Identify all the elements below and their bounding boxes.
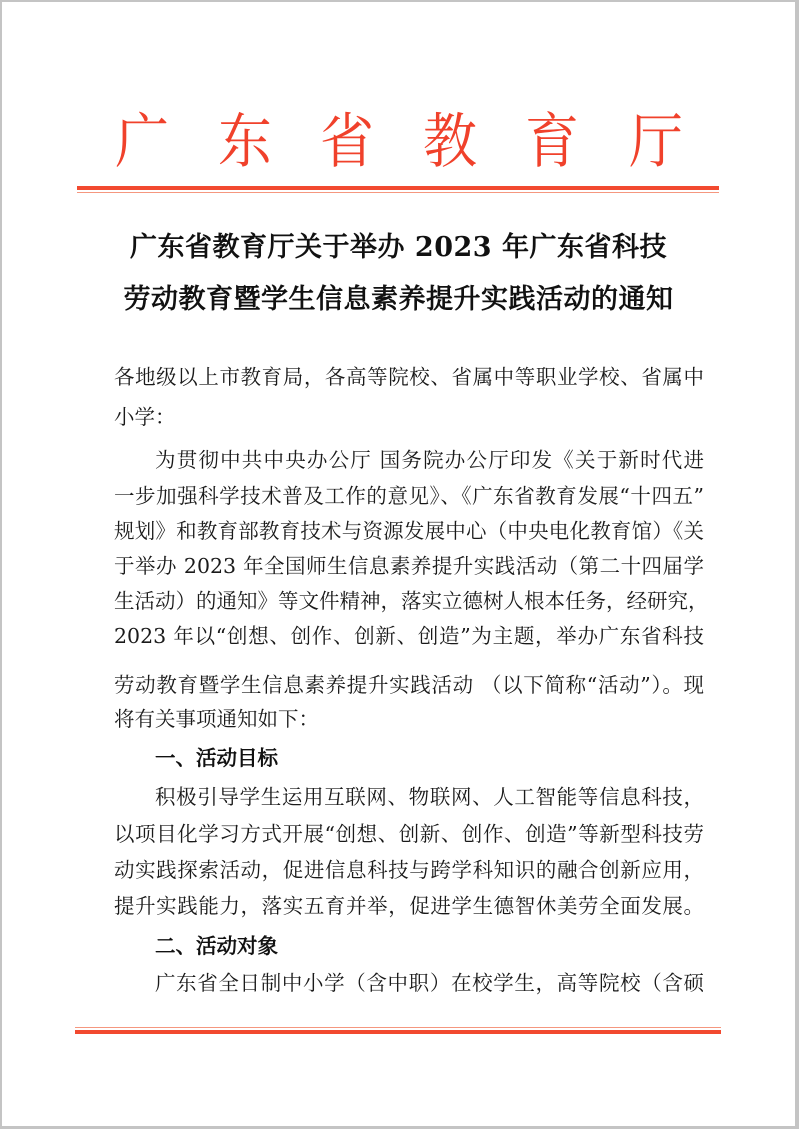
section1-line: 动实践探索活动，促进信息科技与跨学科知识的融合创新应用， [114,855,704,885]
masthead-char: 教 [420,107,480,177]
document-page: 广 东 省 教 育 厅 广东省教育厅关于举办 2023 年广东省科技 劳动教育暨… [2,2,795,1126]
intro-line: 将有关事项通知如下： [114,704,704,734]
masthead-rule-thick [77,186,719,190]
intro-line: 规划》和教育部教育技术与资源发展中心（中央电化教育馆）《关 [114,516,704,546]
masthead-char: 省 [317,107,377,177]
intro-line: 为贯彻中共中央办公厅 国务院办公厅印发《关于新时代进 [155,445,704,475]
addressee-line-1: 各地级以上市教育局，各高等院校、省属中等职业学校、省属中 [114,362,704,392]
intro-line: 劳动教育暨学生信息素养提升实践活动 （以下简称“活动”）。现 [114,670,704,700]
footer-rule-thin [75,1027,721,1028]
masthead-char: 育 [522,107,582,177]
addressee-line-2: 小学： [114,402,704,432]
document-title-line-1: 广东省教育厅关于举办 2023 年广东省科技 [2,230,795,266]
section1-line: 提升实践能力，落实五育并举，促进学生德智休美劳全面发展。 [114,891,704,921]
section-heading-goals: 一、活动目标 [155,743,278,773]
footer-rule-thick [75,1030,721,1034]
section1-line: 积极引导学生运用互联网、物联网、人工智能等信息科技， [155,782,704,812]
masthead-char: 广 [112,107,172,177]
masthead-char: 厅 [626,107,686,177]
intro-line: 2023 年以“创想、创作、创新、创造”为主题，举办广东省科技 [114,621,704,651]
section-heading-participants: 二、活动对象 [155,931,278,961]
document-title-line-2: 劳动教育暨学生信息素养提升实践活动的通知 [2,282,795,318]
intro-line: 生活动）的通知》等文件精神，落实立德树人根本任务，经研究， [114,586,704,616]
intro-line: 于举办 2023 年全国师生信息素养提升实践活动（第二十四届学 [114,551,704,581]
intro-line: 一步加强科学技术普及工作的意见》、《广东省教育发展“十四五” [114,481,704,511]
masthead-char: 东 [215,107,275,177]
section2-line: 广东省全日制中小学（含中职）在校学生，高等院校（含硕 [155,968,704,998]
section1-line: 以项目化学习方式开展“创想、创新、创作、创造”等新型科技劳 [114,819,704,849]
masthead-rule-thin [77,192,719,193]
